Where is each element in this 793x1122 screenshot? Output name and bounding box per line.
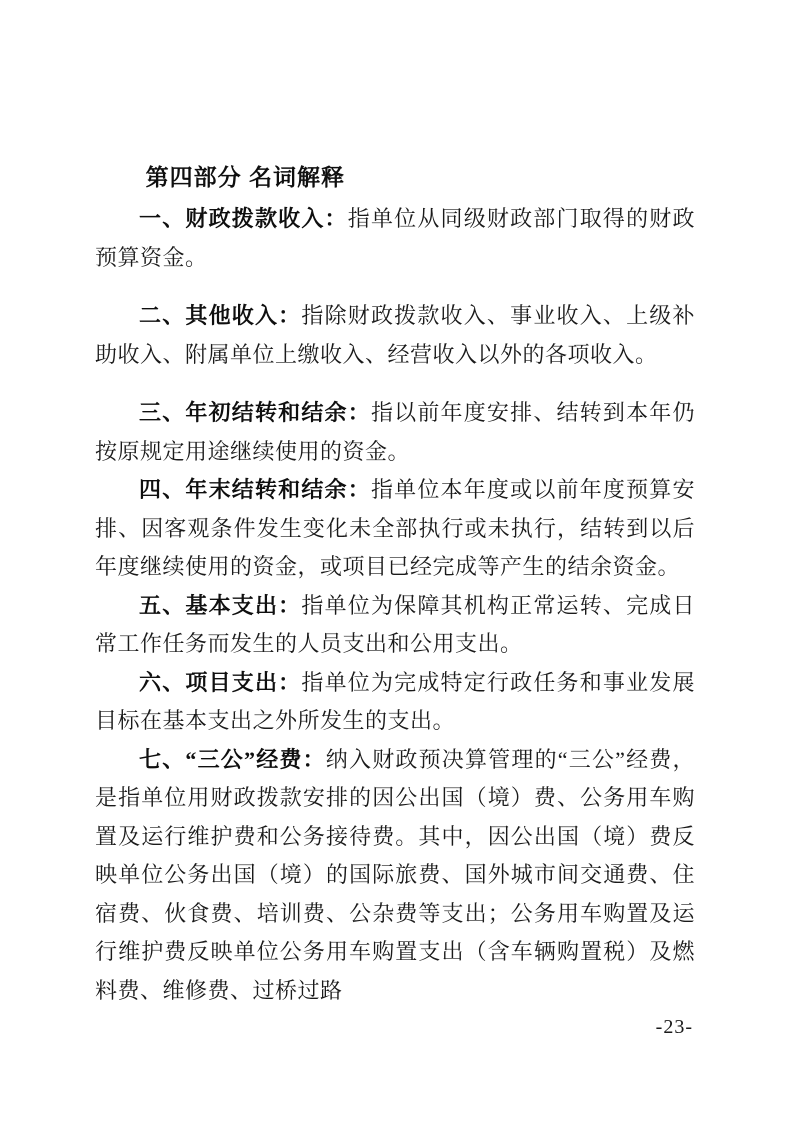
section-heading: 第四部分 名词解释 [95,156,695,198]
definition-paragraph: 三、年初结转和结余：指以前年度安排、结转到本年仍按原规定用途继续使用的资金。 [95,394,695,471]
term-label: 七、“三公”经费： [139,747,326,772]
term-label: 四、年末结转和结余： [139,477,371,502]
document-page: 第四部分 名词解释 一、财政拨款收入：指单位从同级财政部门取得的财政预算资金。 … [0,0,793,1122]
page-number: -23- [95,1015,695,1039]
term-label: 二、其他收入： [139,303,301,328]
term-label: 六、项目支出： [139,670,301,695]
definition-paragraph: 五、基本支出：指单位为保障其机构正常运转、完成日常工作任务而发生的人员支出和公用… [95,587,695,664]
definition-paragraph: 四、年末结转和结余：指单位本年度或以前年度预算安排、因客观条件发生变化未全部执行… [95,471,695,587]
definition-paragraph: 一、财政拨款收入：指单位从同级财政部门取得的财政预算资金。 [95,200,695,277]
term-label: 一、财政拨款收入： [139,206,348,231]
term-label: 三、年初结转和结余： [139,400,371,425]
definition-paragraph: 二、其他收入：指除财政拨款收入、事业收入、上级补助收入、附属单位上缴收入、经营收… [95,297,695,374]
term-definition: 纳入财政预决算管理的“三公”经费，是指单位用财政拨款安排的因公出国（境）费、公务… [95,747,695,1003]
term-label: 五、基本支出： [139,593,301,618]
definition-paragraph: 六、项目支出：指单位为完成特定行政任务和事业发展目标在基本支出之外所发生的支出。 [95,664,695,741]
definition-paragraph: 七、“三公”经费：纳入财政预决算管理的“三公”经费，是指单位用财政拨款安排的因公… [95,741,695,1011]
